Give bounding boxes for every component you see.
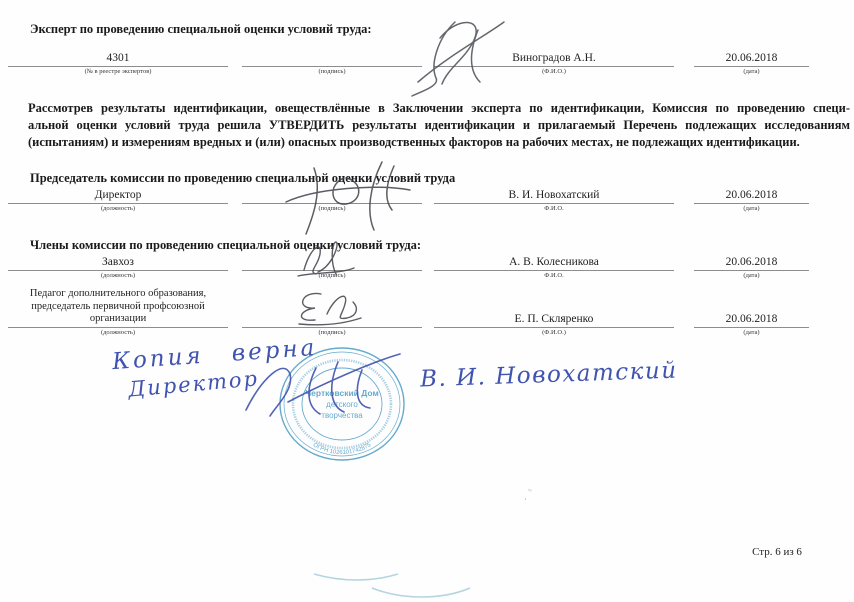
resolution-line: (испытаниям) и измерениям вредных и (или… <box>28 134 850 151</box>
resolution-line: Рассмотрев результаты идентификации, ове… <box>28 100 850 117</box>
chairman-signature-row: Директор (должность) (подпись) В. И. Нов… <box>8 188 854 213</box>
name-value: В. И. Новохатский <box>434 188 674 204</box>
stamp-microtext-ring <box>293 360 391 448</box>
position-value: Педагог дополнительного образования, пре… <box>8 288 228 328</box>
date-field: 20.06.2018 (дата) <box>694 188 809 213</box>
stamp-center-text: Чертковский Дом <box>305 388 379 398</box>
date-label: (дата) <box>694 68 809 76</box>
name-field: Е. П. Скляренко (Ф.И.О.) <box>434 312 674 337</box>
signature-label: (подпись) <box>242 205 422 213</box>
position-field: Директор (должность) <box>8 188 228 213</box>
position-field: Завхоз (должность) <box>8 255 228 280</box>
handwritten-name: В. И. Новохатский <box>420 358 678 393</box>
position-value: Завхоз <box>8 255 228 271</box>
resolution-line: альной оценки условий труда решила УТВЕР… <box>28 117 850 134</box>
registry-number-value: 4301 <box>8 51 228 67</box>
signature-label: (подпись) <box>242 272 422 280</box>
name-label: Ф.И.О. <box>434 272 674 280</box>
signature-field: (подпись) <box>242 51 422 76</box>
date-value: 20.06.2018 <box>694 188 809 204</box>
position-label: (должность) <box>8 205 228 213</box>
name-label: (Ф.И.О.) <box>434 329 674 337</box>
date-field: 20.06.2018 (дата) <box>694 255 809 280</box>
name-value: Е. П. Скляренко <box>434 312 674 328</box>
signature-line <box>242 312 422 328</box>
date-value: 20.06.2018 <box>694 51 809 67</box>
member-signature-row: Педагог дополнительного образования, пре… <box>8 288 854 337</box>
signature-line <box>242 188 422 204</box>
signature-line <box>242 255 422 271</box>
name-label: Ф.И.О. <box>434 205 674 213</box>
chairman-section-heading: Председатель комиссии по проведению спец… <box>30 171 854 186</box>
name-field: В. И. Новохатский Ф.И.О. <box>434 188 674 213</box>
expert-section-heading: Эксперт по проведению специальной оценки… <box>30 22 854 37</box>
page-number: Стр. 6 из 6 <box>712 546 842 558</box>
signature-field: (подпись) <box>242 188 422 213</box>
date-field: 20.06.2018 (дата) <box>694 312 809 337</box>
stamp-center-text: творчества <box>321 411 363 420</box>
stamp-center-text: детского <box>326 400 358 409</box>
expert-signature-row: 4301 (№ в реестре экспертов) (подпись) В… <box>8 51 854 76</box>
signature-field: (подпись) <box>242 255 422 280</box>
date-label: (дата) <box>694 329 809 337</box>
name-field: А. В. Колесникова Ф.И.О. <box>434 255 674 280</box>
document-body: Эксперт по проведению специальной оценки… <box>0 0 854 337</box>
name-field: Виноградов А.Н. (Ф.И.О.) <box>434 51 674 76</box>
position-field: Педагог дополнительного образования, пре… <box>8 288 228 337</box>
position-label: (должность) <box>8 272 228 280</box>
signature-label: (подпись) <box>242 329 422 337</box>
signature-line <box>242 51 422 67</box>
date-value: 20.06.2018 <box>694 255 809 271</box>
signature-label: (подпись) <box>242 68 422 76</box>
member-signature-row: Завхоз (должность) (подпись) А. В. Колес… <box>8 255 854 280</box>
registry-number-label: (№ в реестре экспертов) <box>8 68 228 76</box>
partial-stamp-arcs <box>252 560 512 602</box>
date-label: (дата) <box>694 272 809 280</box>
stamp-ring-text: ОГРН 1026101742875 <box>312 442 373 456</box>
signature-field: (подпись) <box>242 312 422 337</box>
position-label: (должность) <box>8 329 228 337</box>
resolution-paragraph: Рассмотрев результаты идентификации, ове… <box>28 100 850 151</box>
name-value: Виноградов А.Н. <box>434 51 674 67</box>
scan-smudge: ,,, <box>524 482 535 502</box>
date-value: 20.06.2018 <box>694 312 809 328</box>
name-label: (Ф.И.О.) <box>434 68 674 76</box>
members-section-heading: Члены комиссии по проведению специальной… <box>30 238 854 253</box>
date-field: 20.06.2018 (дата) <box>694 51 809 76</box>
date-label: (дата) <box>694 205 809 213</box>
registry-number-field: 4301 (№ в реестре экспертов) <box>8 51 228 76</box>
position-value: Директор <box>8 188 228 204</box>
svg-text:ОГРН 1026101742875: ОГРН 1026101742875 <box>312 442 373 456</box>
scanned-document-page: Эксперт по проведению специальной оценки… <box>0 0 854 602</box>
name-value: А. В. Колесникова <box>434 255 674 271</box>
